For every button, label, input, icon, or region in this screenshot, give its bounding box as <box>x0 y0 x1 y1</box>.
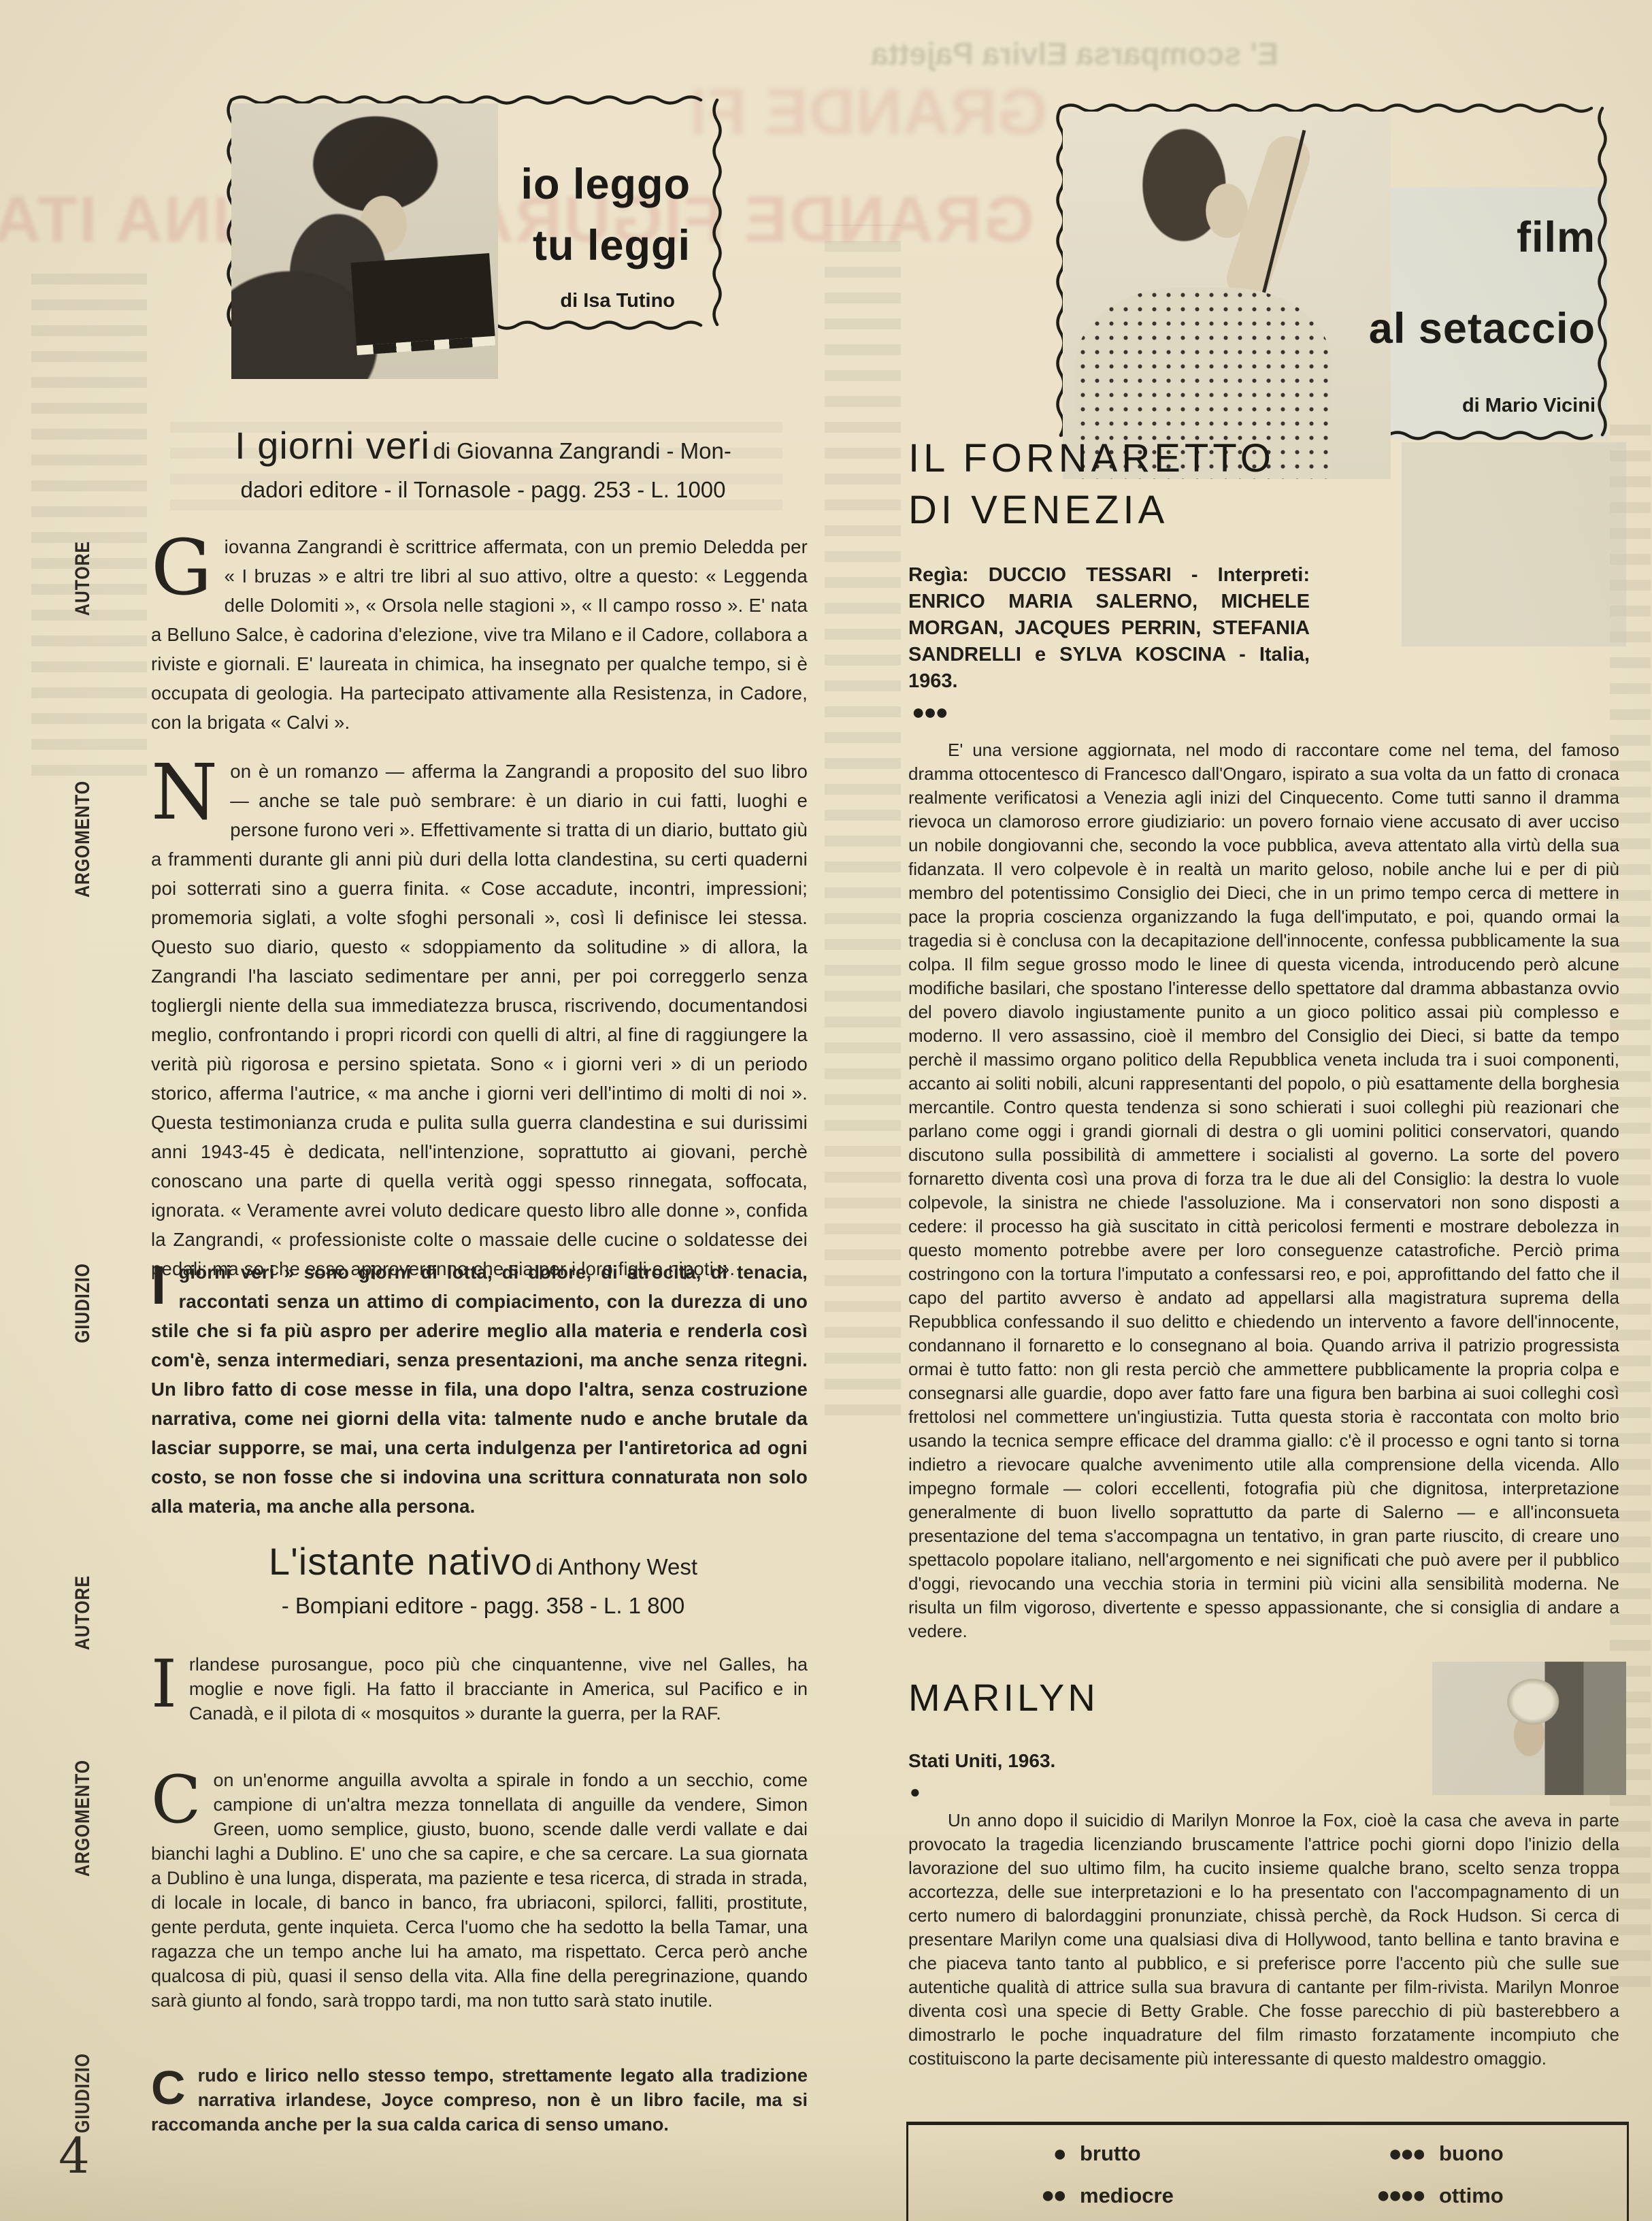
rating-dots-icon: ●●● <box>1322 2141 1424 2167</box>
section-label-giudizio: GIUDIZIO <box>71 1263 94 1343</box>
paragraph-text: rudo e lirico nello stesso tempo, strett… <box>151 2065 808 2135</box>
book2-title: L'istante nativo <box>269 1540 533 1583</box>
film1-title-line2: DI VENEZIA <box>908 484 1275 536</box>
book1-title-block: I giorni veri di Giovanna Zangrandi - Mo… <box>160 423 806 503</box>
dropcap: C <box>151 1768 213 1826</box>
legend-item: ●● mediocre <box>908 2182 1268 2209</box>
section-label-argomento: ARGOMENTO <box>71 1760 94 1877</box>
bleedthrough-texture <box>31 259 147 776</box>
rating-dots-icon: ●● <box>963 2182 1065 2209</box>
book2-argomento-paragraph: Con un'enorme anguilla avvolta a spirale… <box>151 1768 808 2013</box>
dropcap: N <box>151 757 230 823</box>
legend-item: ●●●● ottimo <box>1268 2182 1627 2209</box>
film2-review: Un anno dopo il suicidio di Marilyn Monr… <box>908 1809 1619 2071</box>
paragraph-text: iovanna Zangrandi è scrittrice affermata… <box>151 536 808 733</box>
page-number: 4 <box>59 2127 90 2184</box>
legend-label: mediocre <box>1080 2184 1174 2208</box>
left-section-title-line2: tu leggi <box>476 225 691 267</box>
paragraph-text: on un'enorme anguilla avvolta a spirale … <box>151 1770 808 2011</box>
legend-item: ●●● buono <box>1268 2141 1627 2167</box>
film1-review: E' una versione aggiornata, nel modo di … <box>908 738 1619 1643</box>
book1-publisher-line: dadori editore - il Tornasole - pagg. 25… <box>160 477 806 503</box>
book1-title-byline: di Giovanna Zangrandi - Mon- <box>433 438 731 463</box>
section-label-argomento: ARGOMENTO <box>71 780 94 898</box>
marilyn-photo <box>1432 1662 1626 1795</box>
film2-rating-dots: ● <box>910 1781 919 1803</box>
film2-title: MARILYN <box>908 1675 1099 1720</box>
paragraph-text: giorni veri » sono giorni di lotta, di d… <box>151 1262 808 1517</box>
section-label-autore: AUTORE <box>71 541 94 616</box>
legend-item: ● brutto <box>908 2141 1268 2167</box>
book2-title-byline: di Anthony West <box>535 1554 697 1579</box>
book1-argomento-paragraph: Non è un romanzo — afferma la Zangrandi … <box>151 757 808 1283</box>
dropcap: I <box>151 1257 178 1308</box>
magazine-page: E' scomparsa Elvira Pajetta GRANDE FIGUR… <box>0 0 1652 2221</box>
film2-country-year: Stati Uniti, 1963. <box>908 1750 1055 1772</box>
legend-label: brutto <box>1080 2141 1141 2166</box>
legend-label: ottimo <box>1439 2184 1504 2208</box>
left-section-title-line1: io leggo <box>476 163 691 206</box>
book1-title: I giorni veri <box>235 424 430 467</box>
rating-dots-icon: ●●●● <box>1322 2182 1424 2209</box>
left-section-byline: di Isa Tutino <box>476 291 675 311</box>
dropcap: I <box>151 1652 189 1710</box>
book2-autore-paragraph: Irlandese purosangue, poco più che cinqu… <box>151 1652 808 1726</box>
book1-autore-paragraph: Giovanna Zangrandi è scrittrice affermat… <box>151 532 808 737</box>
book-in-photo <box>351 253 496 355</box>
dropcap: C <box>151 2063 198 2107</box>
film1-rating-dots: ●●● <box>912 700 947 725</box>
book2-publisher-line: - Bompiani editore - pagg. 358 - L. 1 80… <box>160 1593 806 1619</box>
bleedthrough-text: E' scomparsa Elvira Pajetta <box>871 35 1278 72</box>
woman-filmstrip-photo <box>1063 112 1391 479</box>
dropcap: G <box>151 532 225 598</box>
paragraph-text: rlandese purosangue, poco più che cinqua… <box>189 1654 808 1724</box>
book2-title-block: L'istante nativo di Anthony West - Bompi… <box>160 1539 806 1619</box>
legend-label: buono <box>1439 2141 1504 2166</box>
section-label-autore: AUTORE <box>71 1575 94 1650</box>
paragraph-text: on è un romanzo — afferma la Zangrandi a… <box>151 761 808 1279</box>
book1-giudizio-paragraph: I giorni veri » sono giorni di lotta, di… <box>151 1257 808 1521</box>
right-section-title-line1: film <box>1374 216 1596 259</box>
film1-title: IL FORNARETTO DI VENEZIA <box>908 433 1275 536</box>
film1-credits: Regìa: DUCCIO TESSARI - Interpreti: ENRI… <box>908 562 1310 695</box>
bleedthrough-texture <box>825 225 901 1415</box>
bleedthrough-panel <box>1402 442 1626 646</box>
section-label-giudizio: GIUDIZIO <box>71 2053 94 2133</box>
film1-title-line1: IL FORNARETTO <box>908 433 1275 484</box>
right-section-title-line2: al setaccio <box>1366 308 1596 350</box>
bleedthrough-text: GRANDE FIGURA DI DONNA ITALIANA <box>694 75 1048 150</box>
rating-dots-icon: ● <box>963 2141 1065 2167</box>
woman-reading-photo <box>231 103 498 379</box>
right-section-byline: di Mario Vicini <box>1374 396 1596 416</box>
book2-giudizio-paragraph: Crudo e lirico nello stesso tempo, stret… <box>151 2063 808 2137</box>
rating-legend: ● brutto ●●● buono ●● mediocre ●●●● otti… <box>906 2122 1629 2221</box>
